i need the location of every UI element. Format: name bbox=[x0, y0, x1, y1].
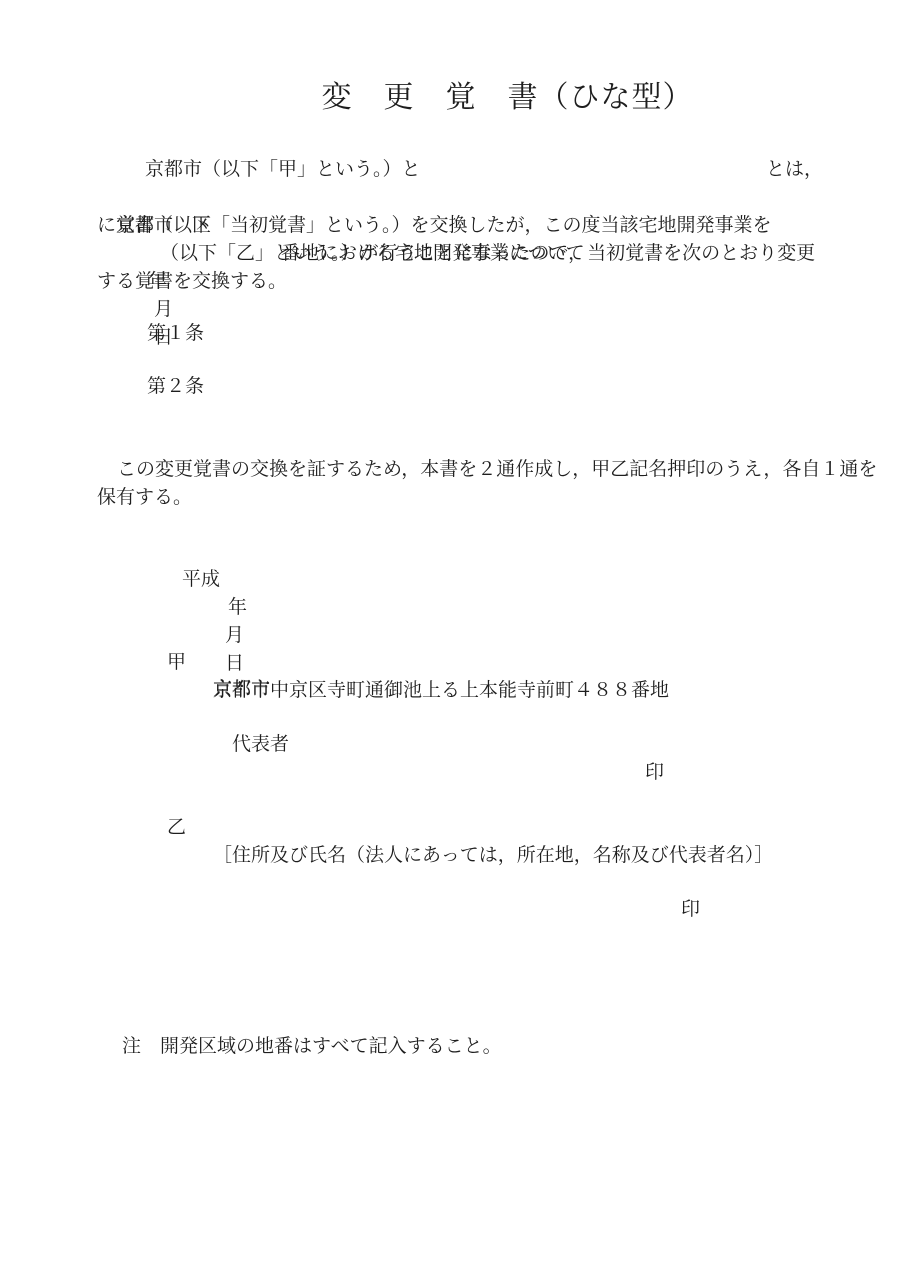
party-a-address: 京都市中京区寺町通御池上る上本能寺前町４８８番地 bbox=[213, 677, 669, 705]
party-a-label: 甲 bbox=[167, 649, 186, 677]
intro-toha-suffix: とは， bbox=[766, 156, 823, 184]
party-b-seal-mark: 印 bbox=[681, 896, 700, 924]
intro-line-5: する覚書を交換する。 bbox=[97, 268, 287, 296]
party-b-label: 乙 bbox=[167, 814, 186, 842]
party-a-seal-mark: 印 bbox=[645, 759, 664, 787]
article-1-label: 第１条 bbox=[147, 320, 204, 348]
party-a-organization: 京都市 bbox=[213, 676, 270, 704]
footnote: 注 開発区域の地番はすべて記入すること。 bbox=[122, 1033, 502, 1061]
closing-line-1: この変更覚書の交換を証するため，本書を２通作成し，甲乙記名押印のうえ，各自１通を bbox=[117, 456, 877, 484]
article-2-label: 第２条 bbox=[147, 373, 204, 401]
party-b-name-placeholder: ［住所及び氏名（法人にあっては，所在地，名称及び代表者名）］ bbox=[213, 842, 773, 870]
document-title: 変 更 覚 書（ひな型） bbox=[0, 78, 905, 118]
intro-line-1: 京都市（以下「甲」という。）と とは， bbox=[145, 156, 823, 184]
intro-party-a-clause: 京都市（以下「甲」という。）と bbox=[145, 156, 421, 184]
year-label: 年 bbox=[228, 594, 247, 622]
era-label: 平成 bbox=[182, 566, 220, 594]
party-b-row: 乙 ［住所及び氏名（法人にあっては，所在地，名称及び代表者名）］ bbox=[148, 786, 773, 898]
document-page: 変 更 覚 書（ひな型） 京都市（以下「甲」という。）と とは， 京都市 区 番… bbox=[0, 0, 905, 1280]
party-a-representative-label: 代表者 bbox=[232, 731, 289, 759]
intro-line-3: に覚書（以下「当初覚書」という。）を交換したが，この度当該宅地開発事業を bbox=[97, 212, 772, 240]
intro-line-4: （以下「乙」という。）が行うことになったので，当初覚書を次のとおり変更 bbox=[160, 240, 815, 268]
closing-line-2: 保有する。 bbox=[97, 484, 192, 512]
